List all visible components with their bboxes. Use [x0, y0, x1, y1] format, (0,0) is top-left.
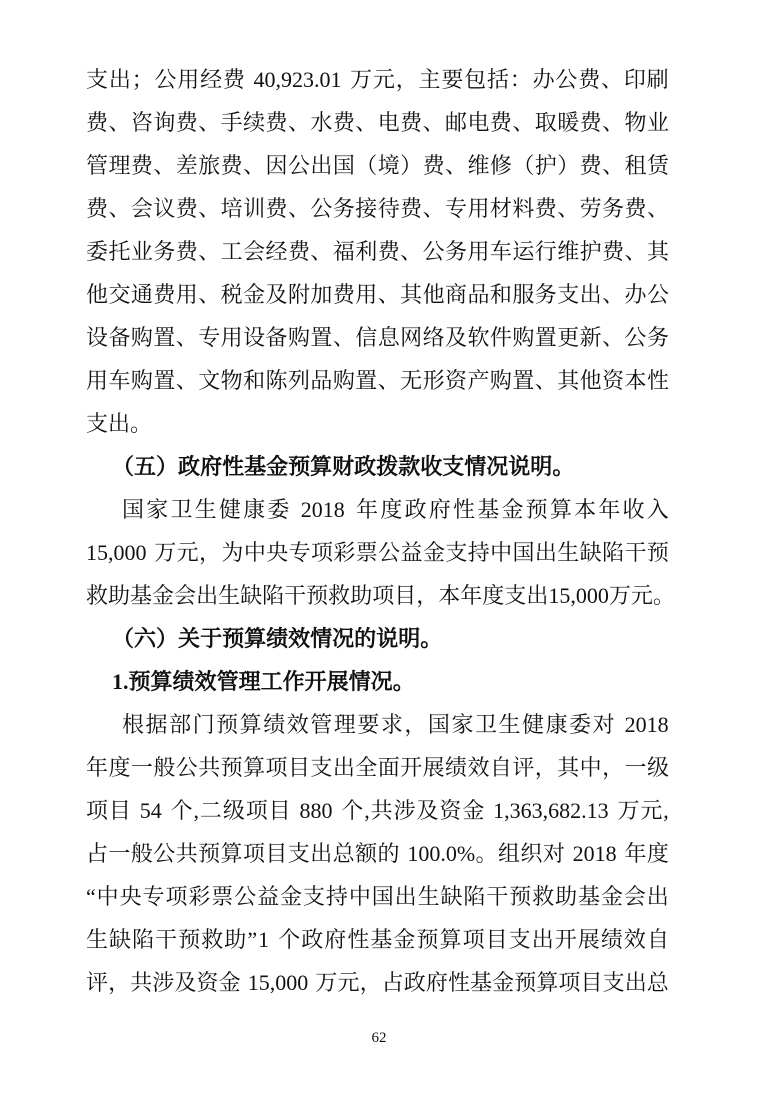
text-token: 算 [440, 918, 462, 961]
text-token: 府 [200, 445, 222, 488]
text-token: 陷 [463, 875, 485, 918]
text-line: 占一般公共预算项目支出总额的100.0%。组织对2018年度 [86, 832, 669, 875]
text-token: 、 [400, 230, 422, 273]
text-token: 元 [631, 574, 653, 617]
text-token: 国 [372, 875, 394, 918]
text-token: 目 [269, 789, 291, 832]
text-token: 理 [239, 660, 261, 703]
text-token: 说 [508, 445, 530, 488]
text-token: 助 [224, 918, 246, 961]
text-token: 总 [647, 961, 669, 1004]
text-token: 、 [108, 187, 130, 230]
text-token: 陷 [602, 531, 624, 574]
text-token: 府 [429, 488, 451, 531]
text-token: 对 [593, 703, 615, 746]
text-token: 网 [400, 316, 422, 359]
text-token: 出 [647, 875, 669, 918]
text-token: 费 [490, 101, 512, 144]
text-token: 占 [382, 961, 404, 1004]
text-token: 办 [625, 273, 647, 316]
text-token: ） [557, 144, 579, 187]
text-token: 中 [97, 875, 119, 918]
text-token: 资 [602, 359, 624, 402]
text-token: （ [512, 144, 534, 187]
text-token: ） [156, 617, 178, 660]
text-token: 干 [486, 875, 508, 918]
text-token: 、 [602, 273, 624, 316]
text-token: 手 [221, 101, 243, 144]
text-token: 金 [266, 445, 288, 488]
text-token: 费 [580, 144, 602, 187]
text-token: 、 [333, 316, 355, 359]
text-token: 、 [602, 144, 624, 187]
text-token: 陈 [266, 359, 288, 402]
text-token: 会 [174, 574, 196, 617]
text-token: 务 [153, 230, 175, 273]
text-token: 涉 [394, 789, 416, 832]
text-token: ， [199, 531, 221, 574]
text-token: 拨 [376, 445, 398, 488]
text-token: 专 [445, 187, 467, 230]
text-token: 组 [498, 832, 520, 875]
text-token: 资 [439, 789, 461, 832]
text-token: 件 [490, 316, 512, 359]
text-token: 性 [222, 445, 244, 488]
text-token: 经 [266, 230, 288, 273]
text-token: 置 [153, 359, 175, 402]
text-token: 的 [377, 832, 399, 875]
text-token: 项 [86, 789, 108, 832]
text-token: 支 [442, 445, 464, 488]
text-token: 。 [393, 660, 415, 703]
text-token: 用 [176, 273, 198, 316]
text-token: 工 [221, 230, 243, 273]
text-token: 收 [623, 488, 645, 531]
text-token: 持 [326, 875, 348, 918]
text-token: 府 [324, 918, 346, 961]
text-token: 用 [177, 58, 199, 101]
text-token: 及 [416, 789, 438, 832]
text-token: 基 [244, 445, 266, 488]
text-token: 通 [131, 273, 153, 316]
text-token: 。 [420, 617, 442, 660]
text-token: , [193, 789, 199, 832]
text-token: 预 [198, 832, 220, 875]
text-token: 其 [557, 746, 579, 789]
text-token: 专 [198, 316, 220, 359]
text-token: 劳 [580, 187, 602, 230]
text-token: 项 [243, 832, 265, 875]
text-token: 求 [381, 703, 403, 746]
text-token: 理 [108, 144, 130, 187]
text-token: 总 [333, 832, 355, 875]
text-token: 支 [445, 531, 467, 574]
text-token: ， [404, 703, 426, 746]
text-token: 费 [288, 230, 310, 273]
text-token: 费 [423, 144, 445, 187]
text-token: 助 [350, 574, 372, 617]
text-token: 门 [193, 703, 215, 746]
text-token: 形 [423, 359, 445, 402]
text-token: 金 [501, 488, 523, 531]
text-token: ， [396, 58, 418, 101]
text-token: 开 [555, 918, 577, 961]
text-token: 政 [405, 488, 427, 531]
text-token: 涉 [152, 961, 174, 1004]
text-token: 生 [499, 703, 521, 746]
text-token: 救 [328, 574, 350, 617]
text-token: 维 [467, 144, 489, 187]
text-token: 基 [578, 875, 600, 918]
text-token: 效 [287, 703, 309, 746]
text-token: 元 [177, 531, 199, 574]
text-token: 、 [625, 230, 647, 273]
text-token: 旅 [198, 144, 220, 187]
text-token: 本 [625, 359, 647, 402]
text-token: （ [355, 144, 377, 187]
text-token: 目 [486, 918, 508, 961]
text-token: 算 [151, 660, 173, 703]
text-token: 主 [419, 58, 441, 101]
text-token: 五 [134, 445, 156, 488]
text-token: 费 [131, 144, 153, 187]
text-token: 健 [219, 488, 241, 531]
text-token: 备 [108, 316, 130, 359]
text-token: 支 [86, 402, 108, 445]
text-token: 对 [543, 832, 565, 875]
text-token: 助 [108, 574, 130, 617]
text-token: 更 [557, 316, 579, 359]
text-token: 效 [467, 746, 489, 789]
text-token: 赁 [647, 144, 669, 187]
text-token: 全 [355, 746, 377, 789]
text-token: 购 [333, 359, 355, 402]
text-token: 委 [569, 703, 591, 746]
text-token: 干 [624, 531, 646, 574]
text-token: 支 [557, 273, 579, 316]
text-token: 据 [146, 703, 168, 746]
text-token: 一 [131, 746, 153, 789]
text-token: 目 [109, 789, 131, 832]
text-token: 会 [624, 875, 646, 918]
text-line: 设备购置、专用设备购置、信息网络及软件购置更新、公务 [86, 316, 669, 359]
text-token: 购 [490, 359, 512, 402]
text-token: 预 [416, 918, 438, 961]
text-token: 元 [373, 58, 395, 101]
text-token: 支 [504, 574, 526, 617]
text-token: 品 [467, 273, 489, 316]
text-token: 利 [355, 230, 377, 273]
text-token: 预 [221, 746, 243, 789]
text-token: 算 [243, 746, 265, 789]
text-token: ） [156, 445, 178, 488]
text-token: 费 [266, 101, 288, 144]
text-token: 出 [526, 574, 548, 617]
text-token: 、 [310, 230, 332, 273]
text-line: 15,000万元，为中央专项彩票公益金支持中国出生缺陷干预 [86, 531, 669, 574]
text-token: “ [86, 875, 96, 918]
text-token: 票 [211, 875, 233, 918]
text-token: 生 [195, 488, 217, 531]
text-token: 设 [243, 316, 265, 359]
text-token: 基 [370, 918, 392, 961]
text-token: 、 [355, 101, 377, 144]
text-token: （ [112, 617, 134, 660]
text-token: ， [108, 961, 130, 1004]
text-line: 费、咨询费、手续费、水费、电费、邮电费、取暖费、物业 [86, 101, 669, 144]
text-token: 项 [558, 961, 580, 1004]
text-token: 其 [647, 230, 669, 273]
text-token: 出 [310, 144, 332, 187]
text-token: 车 [108, 359, 130, 402]
text-token: 、 [602, 101, 624, 144]
text-token: 议 [153, 187, 175, 230]
text-token: 修 [490, 144, 512, 187]
text-token: 央 [120, 875, 142, 918]
text-token: 生 [418, 875, 440, 918]
text-line: “中央专项彩票公益金支持中国出生缺陷干预救助基金会出 [86, 875, 669, 918]
text-token: 费 [378, 230, 400, 273]
text-token: 救 [86, 574, 108, 617]
text-token: 个 [171, 789, 193, 832]
text-token: 公 [288, 144, 310, 187]
text-token: 商 [445, 273, 467, 316]
text-token: 用 [467, 187, 489, 230]
text-token: 金 [280, 875, 302, 918]
text-token: 况 [332, 617, 354, 660]
text-token: 出 [395, 875, 417, 918]
text-token: 会 [131, 187, 153, 230]
text-token: 目 [265, 832, 287, 875]
text-token: 本 [438, 574, 460, 617]
text-token: ； [132, 58, 154, 101]
text-token: 算 [244, 617, 266, 660]
text-token: 自 [490, 746, 512, 789]
text-token: 置 [512, 359, 534, 402]
text-token: 度 [647, 832, 669, 875]
text-token: ” [247, 918, 257, 961]
heading-1-performance-management-work: 1.预算绩效管理工作开展情况。 [86, 660, 669, 703]
text-token: 880 [299, 789, 332, 832]
text-token: 用 [221, 316, 243, 359]
text-token: 信 [355, 316, 377, 359]
text-token: 、 [445, 144, 467, 187]
text-token: 备 [266, 316, 288, 359]
text-token: 开 [400, 746, 422, 789]
text-token: 万 [315, 961, 337, 1004]
paragraph-public-expense-breakdown: 支出；公用经费40,923.01万元，主要包括：办公费、印刷费、咨询费、手续费、… [86, 58, 669, 445]
text-token: 二 [200, 789, 222, 832]
text-token: 共 [176, 832, 198, 875]
text-token: 算 [310, 445, 332, 488]
text-line: （五）政府性基金预算财政拨款收支情况说明。 [86, 445, 669, 488]
text-token: 金 [601, 875, 623, 918]
text-token: 缺 [441, 875, 463, 918]
text-token: 务 [647, 316, 669, 359]
text-token: 生 [557, 531, 579, 574]
text-token: 、 [288, 101, 310, 144]
text-token: 业 [647, 101, 669, 144]
text-token: 费 [176, 101, 198, 144]
text-token: 情 [349, 660, 371, 703]
text-token: 预 [178, 918, 200, 961]
text-token: 、 [243, 144, 265, 187]
text-token: 展 [578, 918, 600, 961]
text-token: 和 [243, 359, 265, 402]
text-token: 出 [532, 918, 554, 961]
text-token: 、 [198, 273, 220, 316]
text-token: 金 [219, 961, 241, 1004]
text-token: 彩 [333, 531, 355, 574]
text-token: 费 [333, 101, 355, 144]
text-token: 性 [347, 918, 369, 961]
heading-section-5-gov-fund-budget: （五）政府性基金预算财政拨款收支情况说明。 [86, 445, 669, 488]
text-token: 资 [445, 359, 467, 402]
text-token: 卫 [475, 703, 497, 746]
text-token: 邮 [445, 101, 467, 144]
text-token: 评 [86, 961, 108, 1004]
text-token: 公 [310, 187, 332, 230]
text-token: 费 [153, 273, 175, 316]
text-token: 干 [284, 574, 306, 617]
text-token: 料 [512, 187, 534, 230]
text-token: 咨 [131, 101, 153, 144]
text-token: 40,923.01 [253, 58, 341, 101]
text-token: 算 [240, 703, 262, 746]
text-line: 根据部门预算绩效管理要求，国家卫生健康委对2018 [86, 703, 669, 746]
text-token: 展 [327, 660, 349, 703]
text-token: 共 [198, 746, 220, 789]
text-line: 用车购置、文物和陈列品购置、无形资产购置、其他资本性 [86, 359, 669, 402]
text-token: ： [510, 58, 532, 101]
text-token: 出 [196, 574, 218, 617]
text-token: 、 [378, 273, 400, 316]
text-token: 级 [223, 789, 245, 832]
text-token: 费 [400, 101, 422, 144]
text-token: 。 [653, 574, 675, 617]
text-token: , [663, 789, 669, 832]
text-token: 54 [140, 789, 162, 832]
text-token: 额 [355, 832, 377, 875]
text-token: 共 [371, 789, 393, 832]
text-token: 国 [122, 488, 144, 531]
text-token: 政 [178, 445, 200, 488]
text-token: 预 [129, 660, 151, 703]
text-token: 为 [221, 531, 243, 574]
text-token: 救 [532, 875, 554, 918]
text-token: 预 [288, 445, 310, 488]
text-token: 财 [332, 445, 354, 488]
text-token: 年 [460, 574, 482, 617]
text-token: 1,363,682.13 [493, 789, 609, 832]
text-token: 专 [143, 875, 165, 918]
text-token: 置 [355, 359, 377, 402]
text-token: 文 [198, 359, 220, 402]
text-token: 金 [393, 918, 415, 961]
text-token: 管 [86, 144, 108, 187]
text-token: 、 [198, 187, 220, 230]
text-token: 、 [512, 101, 534, 144]
text-line: 救助基金会出生缺陷干预救助项目，本年度支出15,000万元。 [86, 574, 669, 617]
text-token: 算 [550, 488, 572, 531]
text-token: 产 [467, 359, 489, 402]
text-token: 款 [398, 445, 420, 488]
text-token: 出 [580, 273, 602, 316]
text-token: 绩 [266, 617, 288, 660]
text-token: 费 [333, 273, 355, 316]
text-token: 要 [357, 703, 379, 746]
text-token: 行 [535, 230, 557, 273]
text-token: 基 [477, 488, 499, 531]
text-token: 票 [356, 531, 378, 574]
text-token: 暖 [557, 101, 579, 144]
text-token: 预 [216, 703, 238, 746]
text-token: 物 [221, 359, 243, 402]
text-token: 费 [580, 101, 602, 144]
text-token: 出 [535, 531, 557, 574]
text-token: ， [602, 746, 624, 789]
text-token: 健 [522, 703, 544, 746]
text-token: 占 [86, 832, 108, 875]
text-token: 绩 [263, 703, 285, 746]
text-token: 费 [176, 230, 198, 273]
text-token: 出 [625, 961, 647, 1004]
text-token: 的 [354, 617, 376, 660]
text-token: 性 [647, 359, 669, 402]
text-token: 效 [288, 617, 310, 660]
text-token: 训 [243, 187, 265, 230]
paragraph-performance-self-evaluation: 根据部门预算绩效管理要求，国家卫生健康委对2018年度一般公共预算项目支出全面开… [86, 703, 669, 1004]
text-token: 个 [341, 789, 363, 832]
text-token: 效 [195, 660, 217, 703]
text-token: 本 [574, 488, 596, 531]
text-token: 费 [535, 187, 557, 230]
text-token: 、 [288, 187, 310, 230]
text-token: 用 [467, 230, 489, 273]
text-token: 中 [244, 531, 266, 574]
text-token: 要 [441, 58, 463, 101]
text-token: 缺 [240, 574, 262, 617]
text-token: 印 [624, 58, 646, 101]
text-token: 预 [509, 875, 531, 918]
text-token: 15,000 [248, 961, 309, 1004]
text-token: 干 [155, 918, 177, 961]
text-token: 、 [423, 101, 445, 144]
text-token: ， [535, 746, 557, 789]
text-token: 2018 [573, 832, 617, 875]
text-line: 项目54个,二级项目880个,共涉及资金1,363,682.13万元, [86, 789, 669, 832]
text-token: 100.0% [407, 832, 475, 875]
document-content: 支出；公用经费40,923.01万元，主要包括：办公费、印刷费、咨询费、手续费、… [86, 58, 669, 1004]
text-token: 家 [451, 703, 473, 746]
text-token: 生 [218, 574, 240, 617]
text-token: 刷 [647, 58, 669, 101]
text-token: 预 [222, 617, 244, 660]
text-token: 度 [108, 746, 130, 789]
text-token: 、 [176, 316, 198, 359]
text-token: 、 [378, 359, 400, 402]
text-token: 支 [310, 746, 332, 789]
text-token: 资 [196, 961, 218, 1004]
text-token: 目 [394, 574, 416, 617]
text-token: 、 [557, 187, 579, 230]
text-token: 、 [153, 144, 175, 187]
text-token: 元 [640, 789, 662, 832]
text-token: 根 [122, 703, 144, 746]
text-token: 金 [152, 574, 174, 617]
text-token: 境 [378, 144, 400, 187]
text-token: 政 [404, 961, 426, 1004]
